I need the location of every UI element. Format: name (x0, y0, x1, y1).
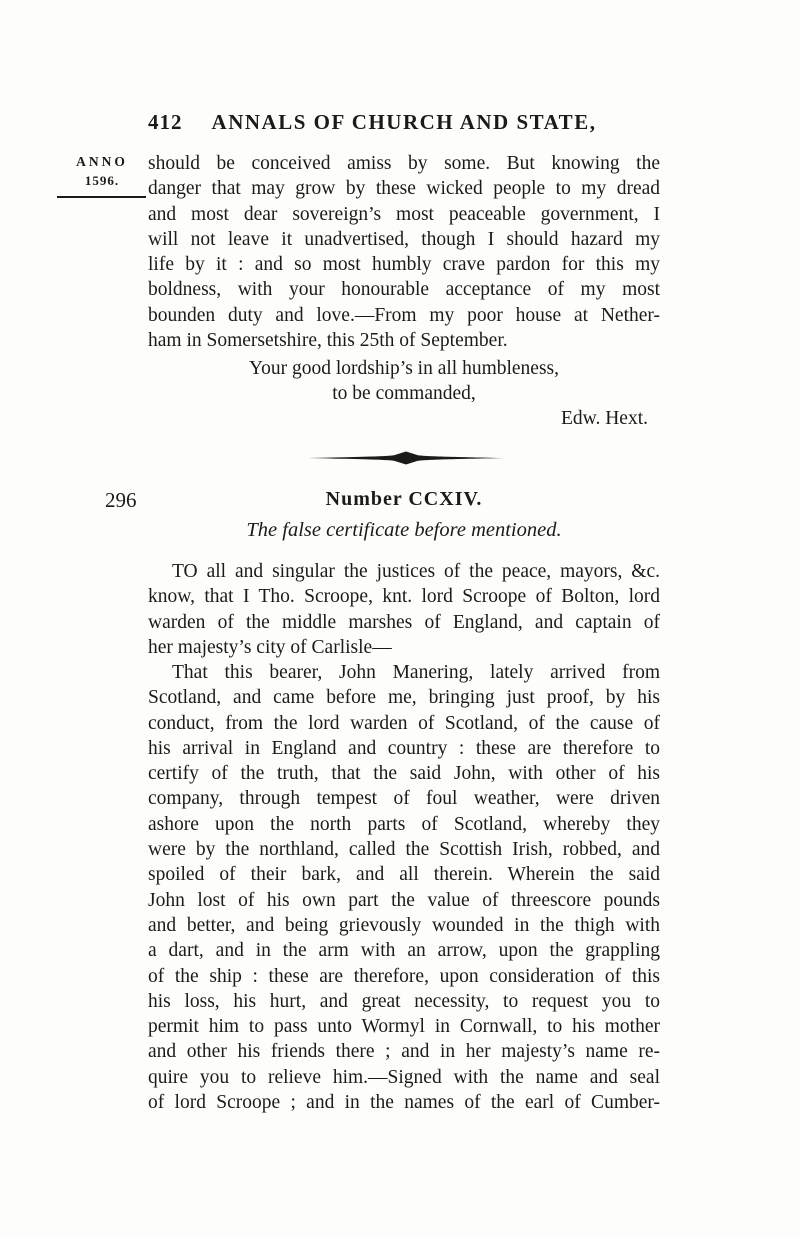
letter-valediction-line1: Your good lordship’s in all humbleness, (148, 356, 660, 381)
text-line: and most dear sovereign’s most peaceable… (148, 202, 660, 227)
letter-valediction-line2: to be commanded, (148, 381, 660, 406)
text-line: TO all and singular the justices of the … (148, 559, 660, 584)
certificate-main-paragraph: That this bearer, John Manering, lately … (148, 660, 660, 1115)
text-line: conduct, from the lord warden of Scotlan… (148, 711, 660, 736)
text-line: will not leave it unadvertised, though I… (148, 227, 660, 252)
letter-signature: Edw. Hext. (148, 406, 660, 431)
text-line: certify of the truth, that the said John… (148, 761, 660, 786)
text-line: his arrival in England and country : the… (148, 736, 660, 761)
certificate-opening-paragraph: TO all and singular the justices of the … (148, 559, 660, 660)
text-line: and other his friends there ; and in her… (148, 1039, 660, 1064)
divider-rule-with-diamond (308, 450, 504, 466)
text-line: ashore upon the north parts of Scotland,… (148, 812, 660, 837)
text-line: ham in Somersetshire, this 25th of Septe… (148, 328, 660, 353)
text-line: should be conceived amiss by some. But k… (148, 151, 660, 176)
text-line: bounden duty and love.—From my poor hous… (148, 303, 660, 328)
text-line: of the ship : these are therefore, upon … (148, 964, 660, 989)
text-line: That this bearer, John Manering, lately … (148, 660, 660, 685)
text-line: boldness, with your honourable acceptanc… (148, 277, 660, 302)
text-line: quire you to relieve him.—Signed with th… (148, 1065, 660, 1090)
text-line: a dart, and in the arm with an arrow, up… (148, 938, 660, 963)
margin-note-year: 1596. (57, 173, 147, 189)
letter-body: should be conceived amiss by some. But k… (148, 151, 660, 353)
text-line: and better, and being grievously wounded… (148, 913, 660, 938)
running-title: ANNALS OF CHURCH AND STATE, (148, 110, 660, 135)
page-header: 412 ANNALS OF CHURCH AND STATE, (148, 110, 660, 136)
text-line: danger that may grow by these wicked peo… (148, 176, 660, 201)
margin-note-rule (57, 196, 146, 198)
text-line: warden of the middle marshes of England,… (148, 610, 660, 635)
text-line: his loss, his hurt, and great necessity,… (148, 989, 660, 1014)
text-line: her majesty’s city of Carlisle— (148, 635, 660, 660)
section-divider-ornament (308, 450, 504, 466)
text-line: were by the northland, called the Scotti… (148, 837, 660, 862)
margin-note-anno: ANNO (57, 154, 147, 170)
text-line: spoiled of their bark, and all therein. … (148, 862, 660, 887)
section-heading: Number CCXIV. (148, 488, 660, 511)
text-line: company, through tempest of foul weather… (148, 786, 660, 811)
document-margin-number: 296 (105, 488, 137, 513)
text-line: permit him to pass unto Wormyl in Cornwa… (148, 1014, 660, 1039)
section-subtitle: The false certificate before mentioned. (148, 519, 660, 542)
text-line: John lost of his own part the value of t… (148, 888, 660, 913)
book-page: 412 ANNALS OF CHURCH AND STATE, ANNO 159… (0, 0, 800, 1237)
text-line: of lord Scroope ; and in the names of th… (148, 1090, 660, 1115)
page-number: 412 (148, 110, 183, 135)
text-line: Scotland, and came before me, bringing j… (148, 685, 660, 710)
text-line: life by it : and so most humbly crave pa… (148, 252, 660, 277)
text-line: know, that I Tho. Scroope, knt. lord Scr… (148, 584, 660, 609)
